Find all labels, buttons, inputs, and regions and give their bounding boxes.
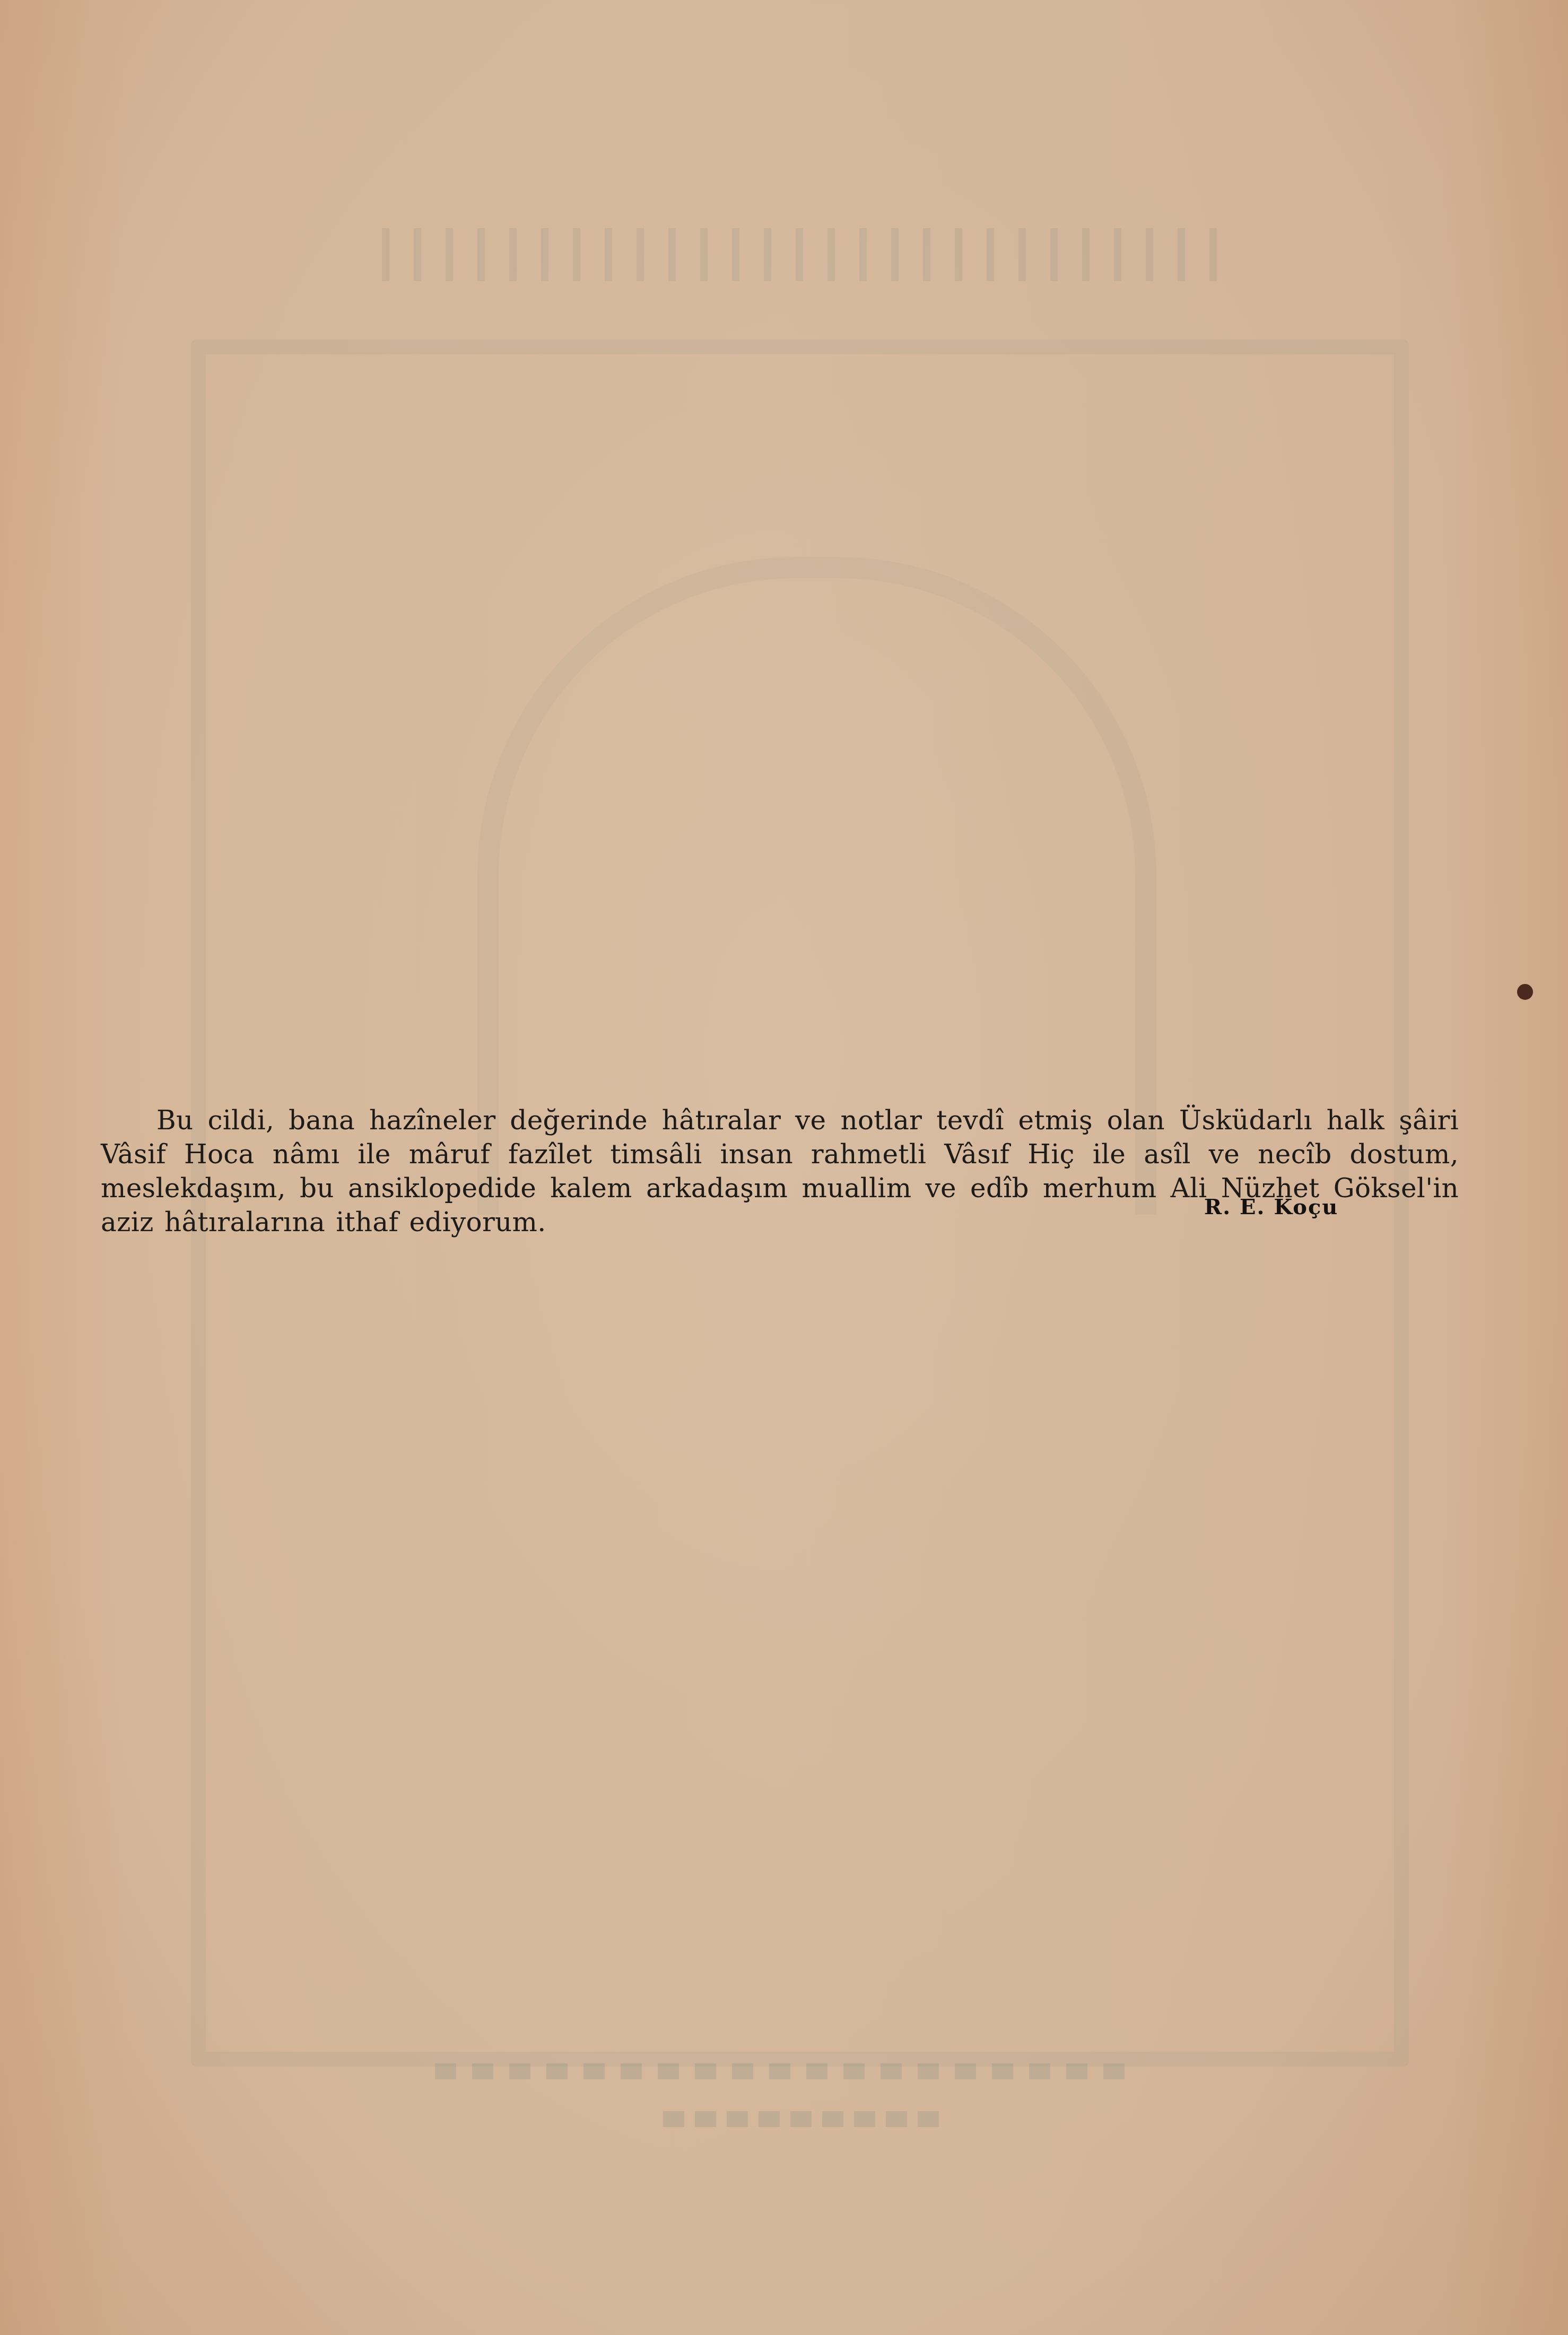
paper-page: Bu cildi, bana hazîneler değerinde hâtır… xyxy=(0,0,1568,2335)
show-through-caption-line xyxy=(435,2063,1125,2079)
show-through-caption-line xyxy=(663,2111,939,2127)
show-through-title xyxy=(382,228,1231,281)
ink-spot xyxy=(1517,984,1533,1000)
author-signature: R. E. Koçu xyxy=(1204,1195,1338,1219)
